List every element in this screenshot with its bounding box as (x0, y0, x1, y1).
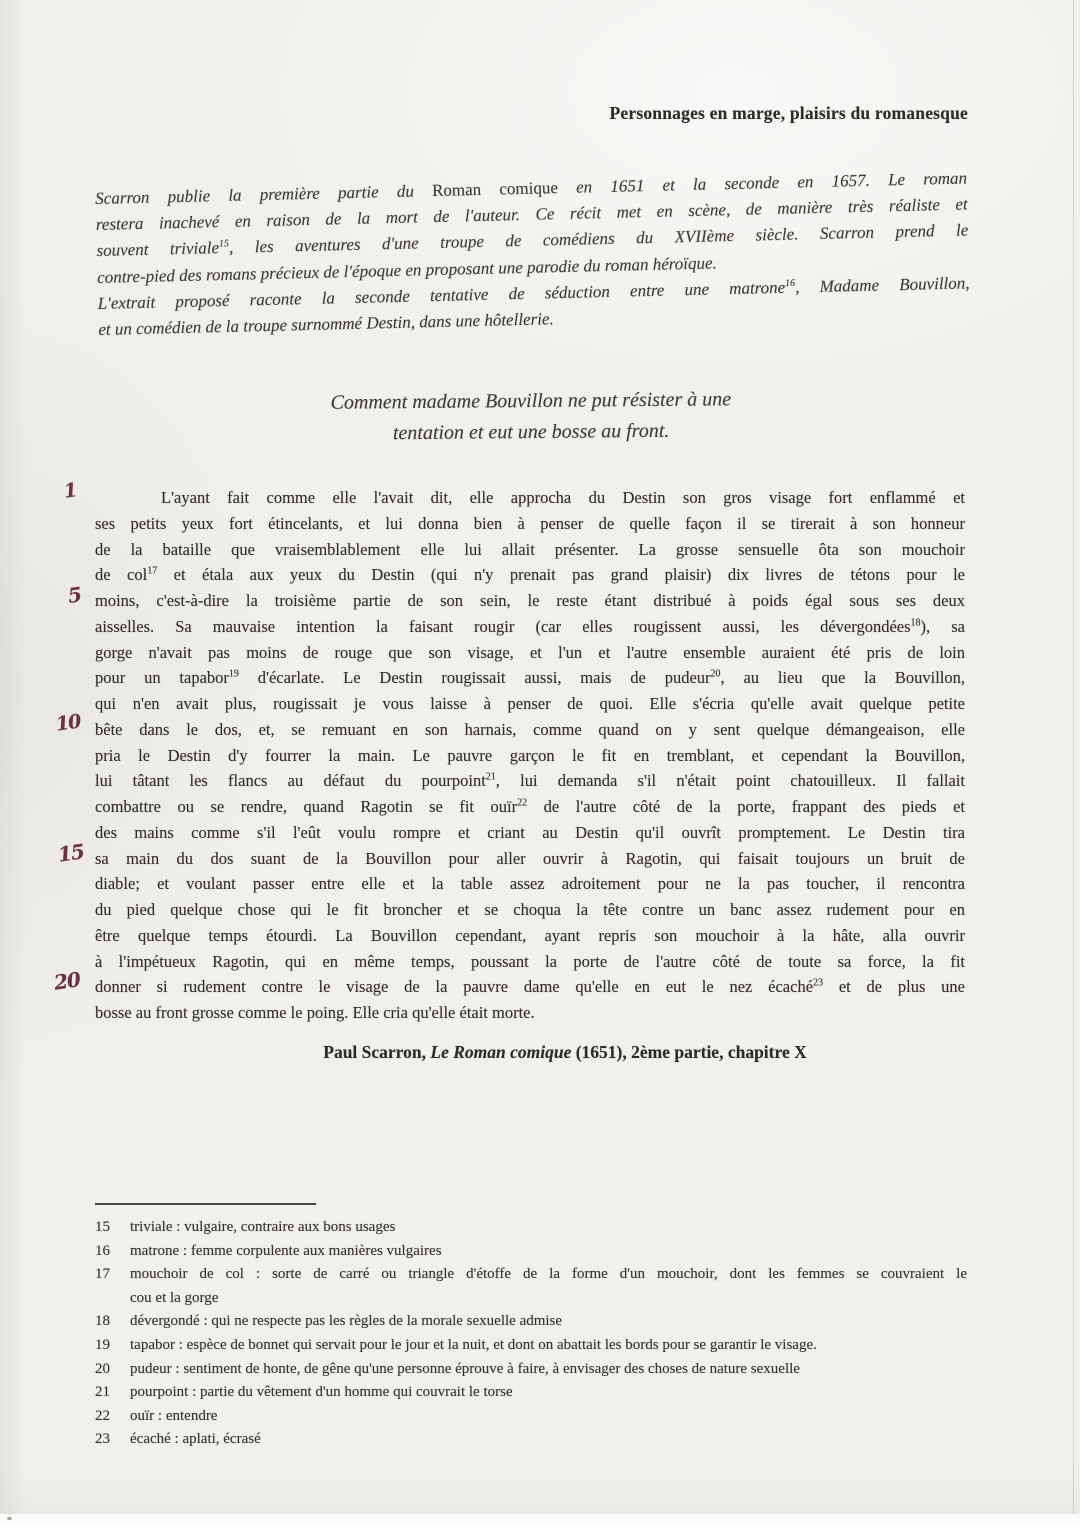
footnote-ref: 20 (711, 669, 721, 680)
scan-speck (7, 1517, 12, 1520)
margin-line-number: 1 (63, 479, 78, 502)
footnote-text: ouïr : entendre (130, 1405, 967, 1429)
footnote-text: dévergondé : qui ne respecte pas les règ… (130, 1310, 967, 1334)
margin-line-number: 5 (66, 582, 82, 608)
footnote-row: 19tapabor : espèce de bonnet qui servait… (95, 1334, 967, 1358)
margin-line-number: 20 (52, 968, 81, 995)
footnote-text: cou et la gorge (130, 1287, 967, 1311)
footnote-row: 16matrone : femme corpulente aux manière… (95, 1240, 967, 1264)
body-line: sa main du dos suant de la Bouvillon pou… (95, 846, 965, 872)
footnote-number: 15 (95, 1216, 130, 1240)
footnote-row: 21pourpoint : partie du vêtement d'un ho… (95, 1381, 967, 1405)
page-header: Personnages en marge, plaisirs du romane… (610, 103, 968, 124)
footnote-text: pudeur : sentiment de honte, de gêne qu'… (130, 1358, 967, 1382)
body-line: donner si rudement contre le visage de l… (95, 974, 965, 1000)
footnote-ref: 18 (911, 617, 921, 628)
body-line: moins, c'est-à-dire la troisième partie … (95, 588, 965, 614)
body-line: diable; et voulant passer entre elle et … (95, 871, 965, 897)
margin-line-numbers: 15101520 (54, 483, 96, 1023)
body-line: pria le Destin d'y fourrer la main. Le p… (95, 743, 965, 769)
footnote-ref: 16 (785, 278, 795, 289)
footnote-ref: 21 (486, 772, 496, 783)
scan-bottom-strip (0, 1514, 1080, 1527)
source-attribution: Paul Scarron, Le Roman comique (1651), 2… (95, 1042, 965, 1063)
text-segment: Paul Scarron, (323, 1042, 430, 1062)
footnote-text: matrone : femme corpulente aux manières … (130, 1240, 967, 1264)
footnote-ref: 19 (229, 669, 239, 680)
body-line: pour un tapabor19 d'écarlate. Le Destin … (95, 665, 965, 691)
footnote-text: triviale : vulgaire, contraire aux bons … (130, 1216, 967, 1240)
intro-paragraph: Scarron publie la première partie du Rom… (95, 165, 970, 343)
footnote-row: cou et la gorge (95, 1287, 967, 1311)
text-segment: (1651), 2ème partie, chapitre X (571, 1042, 806, 1062)
footnote-text: tapabor : espèce de bonnet qui servait p… (130, 1334, 967, 1358)
body-line: bosse au front grosse comme le poing. El… (95, 1000, 965, 1026)
scanned-document-page: { "page": { "header": "Personnages en ma… (0, 0, 1080, 1527)
text-segment: Roman comique (432, 178, 558, 200)
footnote-ref: 17 (147, 566, 157, 577)
body-line: du pied quelque chose qui le fit bronche… (95, 897, 965, 923)
footnote-row: 23écaché : aplati, écrasé (95, 1428, 967, 1452)
footnote-row: 15triviale : vulgaire, contraire aux bon… (95, 1216, 967, 1240)
footnote-ref: 15 (219, 239, 229, 250)
footnote-number: 22 (95, 1405, 130, 1429)
scan-edge-line (1073, 0, 1074, 1514)
footnote-row: 18dévergondé : qui ne respecte pas les r… (95, 1310, 967, 1334)
footnote-row: 17mouchoir de col : sorte de carré ou tr… (95, 1263, 967, 1287)
margin-line-number: 15 (56, 839, 85, 866)
chapter-title: Comment madame Bouvillon ne put résister… (95, 382, 968, 452)
footnotes-list: 15triviale : vulgaire, contraire aux bon… (95, 1216, 967, 1452)
body-line: de col17 et étala aux yeux du Destin (qu… (95, 562, 965, 588)
body-line: à l'impétueux Ragotin, qui en même temps… (95, 949, 965, 975)
footnote-number: 18 (95, 1310, 130, 1334)
body-line: aisselles. Sa mauvaise intention la fais… (95, 614, 965, 640)
body-line: combattre ou se rendre, quand Ragotin se… (95, 794, 965, 820)
footnote-text: mouchoir de col : sorte de carré ou tria… (130, 1263, 967, 1287)
body-line: lui tâtant les flancs au défaut du pourp… (95, 768, 965, 794)
footnote-number: 20 (95, 1358, 130, 1382)
chapter-title-line2: tentation et eut une bosse au front. (95, 413, 967, 452)
footnote-text: pourpoint : partie du vêtement d'un homm… (130, 1381, 967, 1405)
body-line: L'ayant fait comme elle l'avait dit, ell… (95, 485, 965, 511)
footnote-text: écaché : aplati, écrasé (130, 1428, 967, 1452)
footnote-separator (95, 1203, 316, 1205)
body-line: de la bataille que vraisemblablement ell… (95, 537, 965, 563)
body-line: être quelque temps étourdi. La Bouvillon… (95, 923, 965, 949)
footnote-row: 20pudeur : sentiment de honte, de gêne q… (95, 1358, 967, 1382)
footnote-row: 22ouïr : entendre (95, 1405, 967, 1429)
footnote-number: 19 (95, 1334, 130, 1358)
body-line: qui n'en avait plus, rougissait je vous … (95, 691, 965, 717)
footnote-ref: 23 (813, 978, 823, 989)
margin-line-number: 10 (55, 710, 82, 735)
body-line: des mains comme s'il l'eût voulu rompre … (95, 820, 965, 846)
footnote-number: 23 (95, 1428, 130, 1452)
text-segment: Le Roman comique (430, 1042, 571, 1062)
footnote-number: 16 (95, 1240, 130, 1264)
body-line: gorge n'avait pas moins de rouge que son… (95, 640, 965, 666)
body-text: L'ayant fait comme elle l'avait dit, ell… (95, 485, 965, 1026)
footnote-number (95, 1287, 130, 1311)
body-line: ses petits yeux fort étincelants, et lui… (95, 511, 965, 537)
footnote-ref: 22 (517, 798, 527, 809)
footnote-number: 21 (95, 1381, 130, 1405)
footnote-number: 17 (95, 1263, 130, 1287)
body-line: bête dans le dos, et, se remuant en son … (95, 717, 965, 743)
